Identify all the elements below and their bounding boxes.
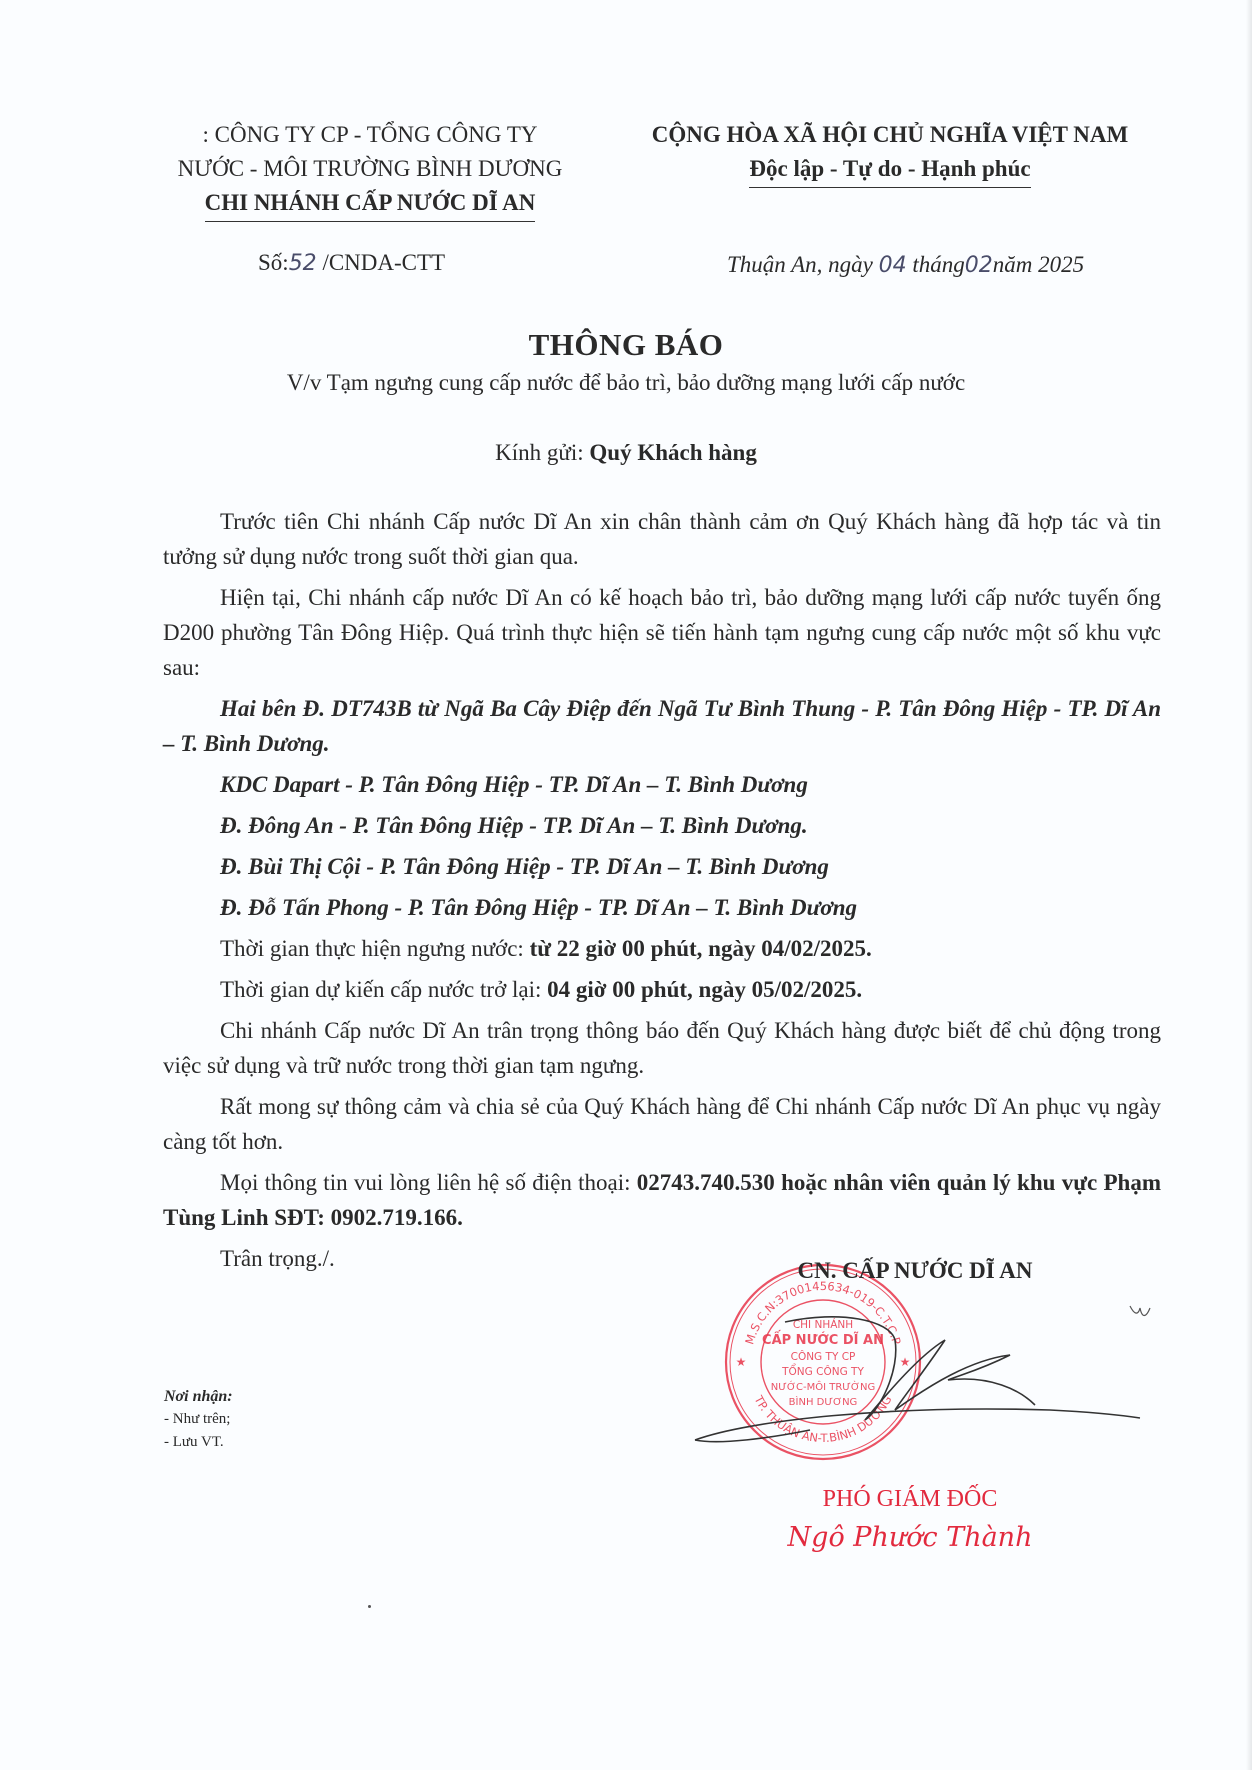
stop-time-label: Thời gian thực hiện ngưng nước: [220,936,530,961]
contact-label: Mọi thông tin vui lòng liên hệ số điện t… [220,1170,637,1195]
paragraph-intro: Trước tiên Chi nhánh Cấp nước Dĩ An xin … [163,504,1161,574]
affected-area: Đ. Đông An - P. Tân Đông Hiệp - TP. Dĩ A… [163,808,1161,843]
issuer-branch: CHI NHÁNH CẤP NƯỚC DĨ AN [205,186,536,222]
doc-number-handwritten: 52 [289,251,317,276]
greeting: Kính gửi: Quý Khách hàng [0,440,1252,466]
issuer-header: : CÔNG TY CP - TỔNG CÔNG TY NƯỚC - MÔI T… [140,118,600,222]
date-day-handwritten: 04 [879,253,907,278]
national-motto: Độc lập - Tự do - Hạnh phúc [749,152,1030,188]
paragraph-notice: Chi nhánh Cấp nước Dĩ An trân trọng thôn… [163,1013,1161,1083]
scan-speck [368,1605,371,1608]
greeting-label: Kính gửi: [495,440,589,465]
date-year: năm 2025 [993,252,1084,277]
recipient-item: - Như trên; [164,1408,233,1431]
resume-time-value: 04 giờ 00 phút, ngày 05/02/2025. [547,977,862,1002]
affected-area: KDC Dapart - P. Tân Đông Hiệp - TP. Dĩ A… [163,767,1161,802]
scan-edge [1246,0,1252,1770]
national-header: CỘNG HÒA XÃ HỘI CHỦ NGHĨA VIỆT NAM Độc l… [600,118,1180,188]
paragraph-apology: Rất mong sự thông cảm và chia sẻ của Quý… [163,1089,1161,1159]
date-month-handwritten: 02 [965,253,993,278]
document-number: Số:52 /CNDA-CTT [258,250,445,276]
stop-time-value: từ 22 giờ 00 phút, ngày 04/02/2025. [530,936,872,961]
paragraph-plan: Hiện tại, Chi nhánh cấp nước Dĩ An có kế… [163,580,1161,685]
date-place: Thuận An, ngày [727,252,879,277]
document-body: Trước tiên Chi nhánh Cấp nước Dĩ An xin … [163,504,1161,1282]
document-title: THÔNG BÁO [0,327,1252,363]
affected-area: Đ. Đỗ Tấn Phong - P. Tân Đông Hiệp - TP.… [163,890,1161,925]
document-date: Thuận An, ngày 04 tháng02năm 2025 [727,252,1084,278]
doc-number-suffix: /CNDA-CTT [317,250,445,275]
recipient-item: - Lưu VT. [164,1431,233,1454]
issuer-parent-line2: NƯỚC - MÔI TRƯỜNG BÌNH DƯƠNG [140,152,600,186]
signer-name: Ngô Phước Thành [760,1522,1060,1553]
issuer-parent-line1: : CÔNG TY CP - TỔNG CÔNG TY [140,118,600,152]
recipients-label: Nơi nhận: [164,1385,233,1408]
handwritten-signature [690,1300,1160,1450]
resume-time-label: Thời gian dự kiến cấp nước trở lại: [220,977,547,1002]
greeting-recipient: Quý Khách hàng [589,440,756,465]
signer-role: PHÓ GIÁM ĐỐC [760,1486,1060,1513]
resume-time: Thời gian dự kiến cấp nước trở lại: 04 g… [163,972,1161,1007]
recipients: Nơi nhận: - Như trên; - Lưu VT. [164,1385,233,1454]
signature-block: CN. CẤP NƯỚC DĨ AN [720,1258,1110,1284]
doc-number-prefix: Số: [258,250,289,275]
document-subject: V/v Tạm ngưng cung cấp nước để bảo trì, … [0,370,1252,396]
signing-organization: CN. CẤP NƯỚC DĨ AN [720,1258,1110,1284]
affected-area: Hai bên Đ. DT743B từ Ngã Ba Cây Điệp đến… [163,691,1161,761]
national-title: CỘNG HÒA XÃ HỘI CHỦ NGHĨA VIỆT NAM [600,118,1180,152]
contact-info: Mọi thông tin vui lòng liên hệ số điện t… [163,1165,1161,1235]
date-month-label: tháng [907,252,965,277]
affected-area: Đ. Bùi Thị Cội - P. Tân Đông Hiệp - TP. … [163,849,1161,884]
stop-time: Thời gian thực hiện ngưng nước: từ 22 gi… [163,931,1161,966]
